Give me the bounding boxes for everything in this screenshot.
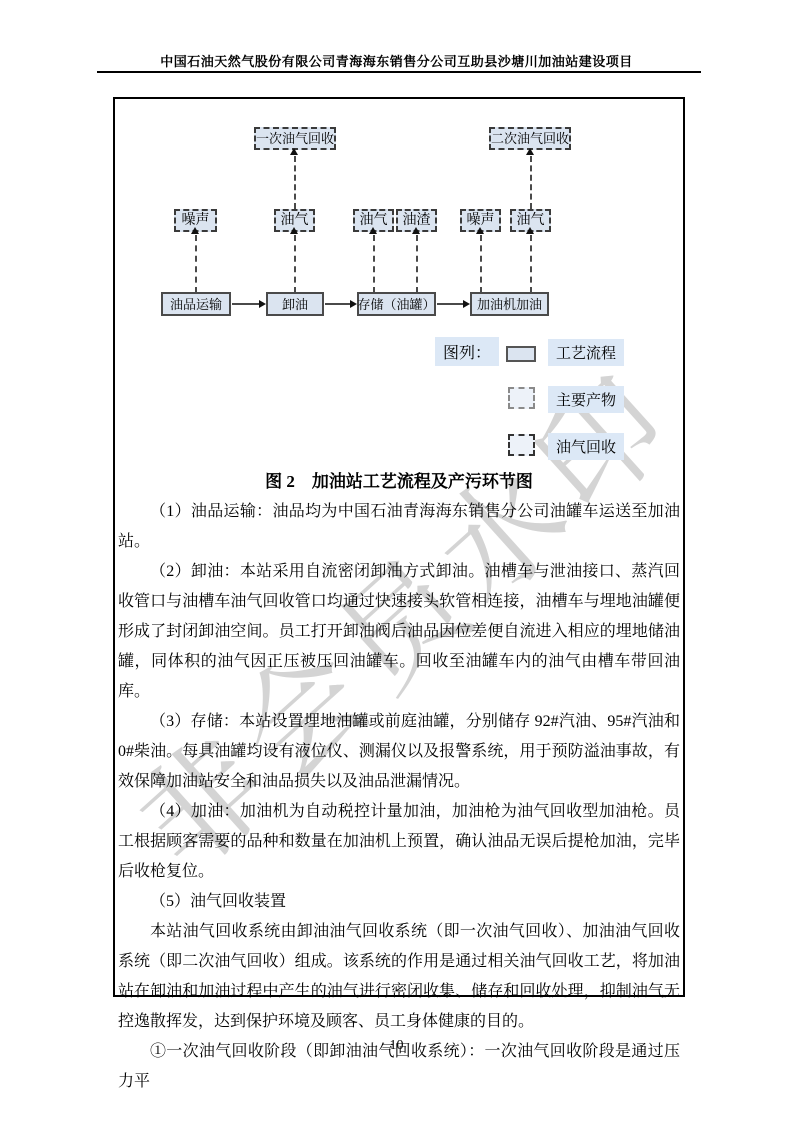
body-text: （1）油品运输：油品均为中国石油青海海东销售分公司油罐车运送至加油站。 （2）卸… [115, 497, 683, 1097]
dashed-connector [480, 235, 482, 293]
header-rule [97, 71, 701, 73]
body-paragraph: （2）卸油：本站采用自流密闭卸油方式卸油。油槽车与泄油接口、蒸汽回收管口与油槽车… [118, 557, 680, 707]
dashed-connector [294, 156, 296, 209]
content-border-box: 一次油气回收 二次油气回收 噪声 油气 油气 油渣 噪声 油气 油品运输 卸油 … [113, 97, 685, 997]
flow-connector [325, 303, 350, 305]
arrow-up-icon [526, 227, 534, 234]
figure-caption: 图 2 加油站工艺流程及产污环节图 [115, 467, 683, 492]
arrow-up-icon [412, 227, 420, 234]
legend-swatch-process [506, 346, 536, 362]
flow-connector [437, 303, 463, 305]
process-box-storage: 存储（油罐） [357, 292, 436, 316]
recovery-box-primary: 一次油气回收 [254, 127, 336, 150]
body-paragraph: （5）油气回收装置 [118, 887, 680, 917]
process-box-transport: 油品运输 [161, 292, 231, 316]
arrow-up-icon [191, 227, 199, 234]
body-paragraph: 本站油气回收系统由卸油油气回收系统（即一次油气回收）、加油油气回收系统（即二次油… [118, 917, 680, 1037]
dashed-connector [530, 156, 532, 209]
arrow-up-icon [369, 227, 377, 234]
arrow-up-icon [290, 227, 298, 234]
process-flow-diagram: 一次油气回收 二次油气回收 噪声 油气 油气 油渣 噪声 油气 油品运输 卸油 … [115, 99, 683, 465]
dashed-connector [195, 235, 197, 293]
body-paragraph: （3）存储：本站设置埋地油罐或前庭油罐，分别储存 92#汽油、95#汽油和 0#… [118, 707, 680, 797]
body-paragraph: （4）加油：加油机为自动税控计量加油，加油枪为油气回收型加油枪。员工根据顾客需要… [118, 797, 680, 887]
legend-title: 图列： [435, 337, 499, 366]
recovery-box-secondary: 二次油气回收 [489, 127, 571, 150]
arrow-right-icon [259, 300, 266, 308]
page-number: 10 [0, 1038, 793, 1054]
arrow-up-icon [290, 148, 298, 155]
dashed-connector [373, 235, 375, 293]
arrow-up-icon [476, 227, 484, 234]
dashed-connector [294, 235, 296, 293]
legend-label-process: 工艺流程 [548, 339, 624, 366]
arrow-up-icon [526, 148, 534, 155]
process-box-unloading: 卸油 [266, 292, 324, 316]
body-paragraph: （1）油品运输：油品均为中国石油青海海东销售分公司油罐车运送至加油站。 [118, 497, 680, 557]
arrow-right-icon [463, 300, 470, 308]
dashed-connector [416, 235, 418, 293]
dashed-connector [530, 235, 532, 293]
arrow-right-icon [350, 300, 357, 308]
page-header-title: 中国石油天然气股份有限公司青海海东销售分公司互助县沙塘川加油站建设项目 [0, 51, 793, 70]
legend-swatch-product [508, 387, 535, 409]
process-box-dispensing: 加油机加油 [470, 292, 549, 316]
legend-swatch-recovery [508, 434, 535, 456]
flow-connector [232, 303, 259, 305]
legend-label-product: 主要产物 [548, 386, 624, 413]
legend-label-recovery: 油气回收 [548, 433, 624, 460]
